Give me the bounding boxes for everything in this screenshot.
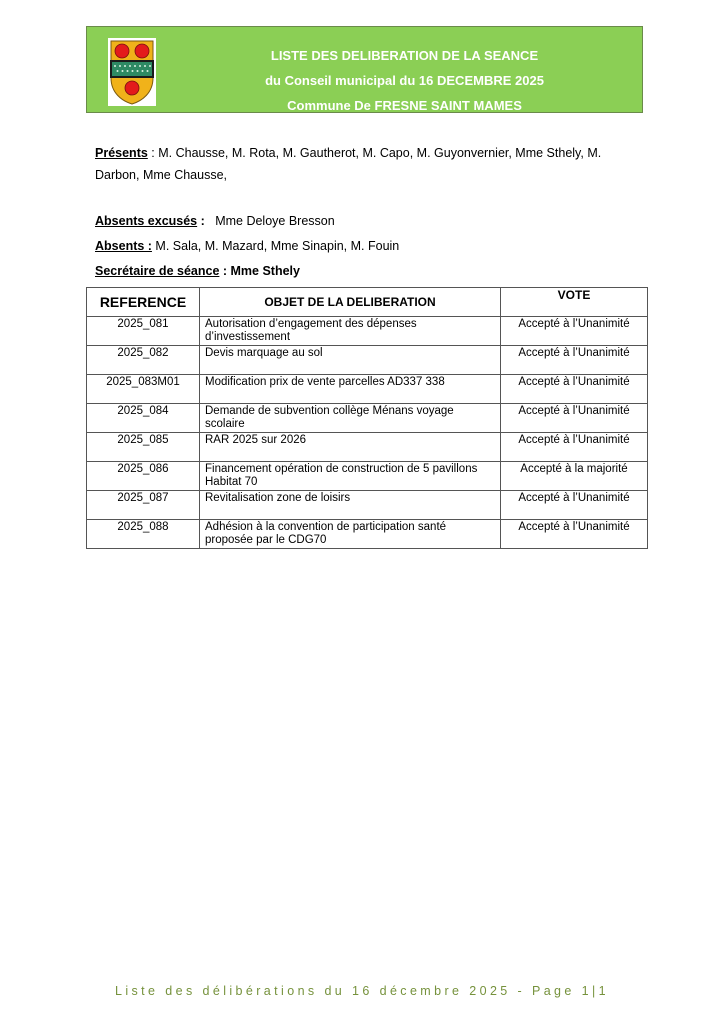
cell-object: Demande de subvention collège Ménans voy…: [200, 404, 501, 433]
cell-object: Autorisation d’engagement des dépenses d…: [200, 317, 501, 346]
header-reference: REFERENCE: [87, 288, 200, 317]
cell-object: Revitalisation zone de loisirs: [200, 491, 501, 520]
table-row: 2025_087Revitalisation zone de loisirsAc…: [87, 491, 648, 520]
presents-label: Présents: [95, 146, 148, 160]
cell-object: Devis marquage au sol: [200, 346, 501, 375]
cell-vote: Accepté à la majorité: [501, 462, 648, 491]
absents-label: Absents :: [95, 239, 152, 253]
title-line-3: Commune De FRESNE SAINT MAMES: [177, 93, 632, 118]
cell-object: Financement opération de construction de…: [200, 462, 501, 491]
cell-vote: Accepté à l’Unanimité: [501, 346, 648, 375]
absents-line: Absents : M. Sala, M. Mazard, Mme Sinapi…: [95, 235, 645, 257]
cell-vote: Accepté à l’Unanimité: [501, 491, 648, 520]
title-line-1: LISTE DES DELIBERATION DE LA SEANCE: [177, 43, 632, 68]
secretary-separator: :: [219, 264, 230, 278]
presents-value: : M. Chausse, M. Rota, M. Gautherot, M. …: [95, 146, 601, 182]
table-row: 2025_083M01Modification prix de vente pa…: [87, 375, 648, 404]
presents-line: Présents : M. Chausse, M. Rota, M. Gauth…: [95, 142, 645, 186]
table-row: 2025_088Adhésion à la convention de part…: [87, 520, 648, 549]
cell-reference: 2025_084: [87, 404, 200, 433]
cell-reference: 2025_083M01: [87, 375, 200, 404]
cell-vote: Accepté à l’Unanimité: [501, 404, 648, 433]
table-row: 2025_082Devis marquage au solAccepté à l…: [87, 346, 648, 375]
cell-reference: 2025_087: [87, 491, 200, 520]
coat-of-arms-icon: [108, 38, 156, 106]
cell-reference: 2025_085: [87, 433, 200, 462]
table-row: 2025_081Autorisation d’engagement des dé…: [87, 317, 648, 346]
cell-vote: Accepté à l’Unanimité: [501, 433, 648, 462]
cell-object: Modification prix de vente parcelles AD3…: [200, 375, 501, 404]
excused-line: Absents excusés : Mme Deloye Bresson: [95, 210, 645, 232]
deliberations-table: REFERENCE OBJET DE LA DELIBERATION VOTE …: [86, 287, 648, 549]
cell-vote: Accepté à l’Unanimité: [501, 375, 648, 404]
cell-reference: 2025_088: [87, 520, 200, 549]
cell-object: Adhésion à la convention de participatio…: [200, 520, 501, 549]
cell-vote: Accepté à l’Unanimité: [501, 520, 648, 549]
header-object: OBJET DE LA DELIBERATION: [200, 288, 501, 317]
header-banner: LISTE DES DELIBERATION DE LA SEANCE du C…: [86, 26, 643, 113]
excused-value: Mme Deloye Bresson: [205, 214, 335, 228]
table-row: 2025_084Demande de subvention collège Mé…: [87, 404, 648, 433]
header-title: LISTE DES DELIBERATION DE LA SEANCE du C…: [177, 43, 632, 118]
cell-reference: 2025_086: [87, 462, 200, 491]
excused-separator: :: [197, 214, 205, 228]
attendance-section: Présents : M. Chausse, M. Rota, M. Gauth…: [95, 142, 645, 282]
page-footer: Liste des délibérations du 16 décembre 2…: [0, 984, 724, 998]
excused-label: Absents excusés: [95, 214, 197, 228]
table-row: 2025_086Financement opération de constru…: [87, 462, 648, 491]
table-row: 2025_085RAR 2025 sur 2026Accepté à l’Una…: [87, 433, 648, 462]
cell-reference: 2025_081: [87, 317, 200, 346]
absents-value: M. Sala, M. Mazard, Mme Sinapin, M. Foui…: [152, 239, 399, 253]
table-header-row: REFERENCE OBJET DE LA DELIBERATION VOTE: [87, 288, 648, 317]
secretary-value: Mme Sthely: [231, 264, 300, 278]
cell-reference: 2025_082: [87, 346, 200, 375]
title-line-2: du Conseil municipal du 16 DECEMBRE 2025: [177, 68, 632, 93]
cell-object: RAR 2025 sur 2026: [200, 433, 501, 462]
cell-vote: Accepté à l’Unanimité: [501, 317, 648, 346]
secretary-line: Secrétaire de séance : Mme Sthely: [95, 260, 645, 282]
header-vote: VOTE: [501, 288, 648, 317]
secretary-label: Secrétaire de séance: [95, 264, 219, 278]
